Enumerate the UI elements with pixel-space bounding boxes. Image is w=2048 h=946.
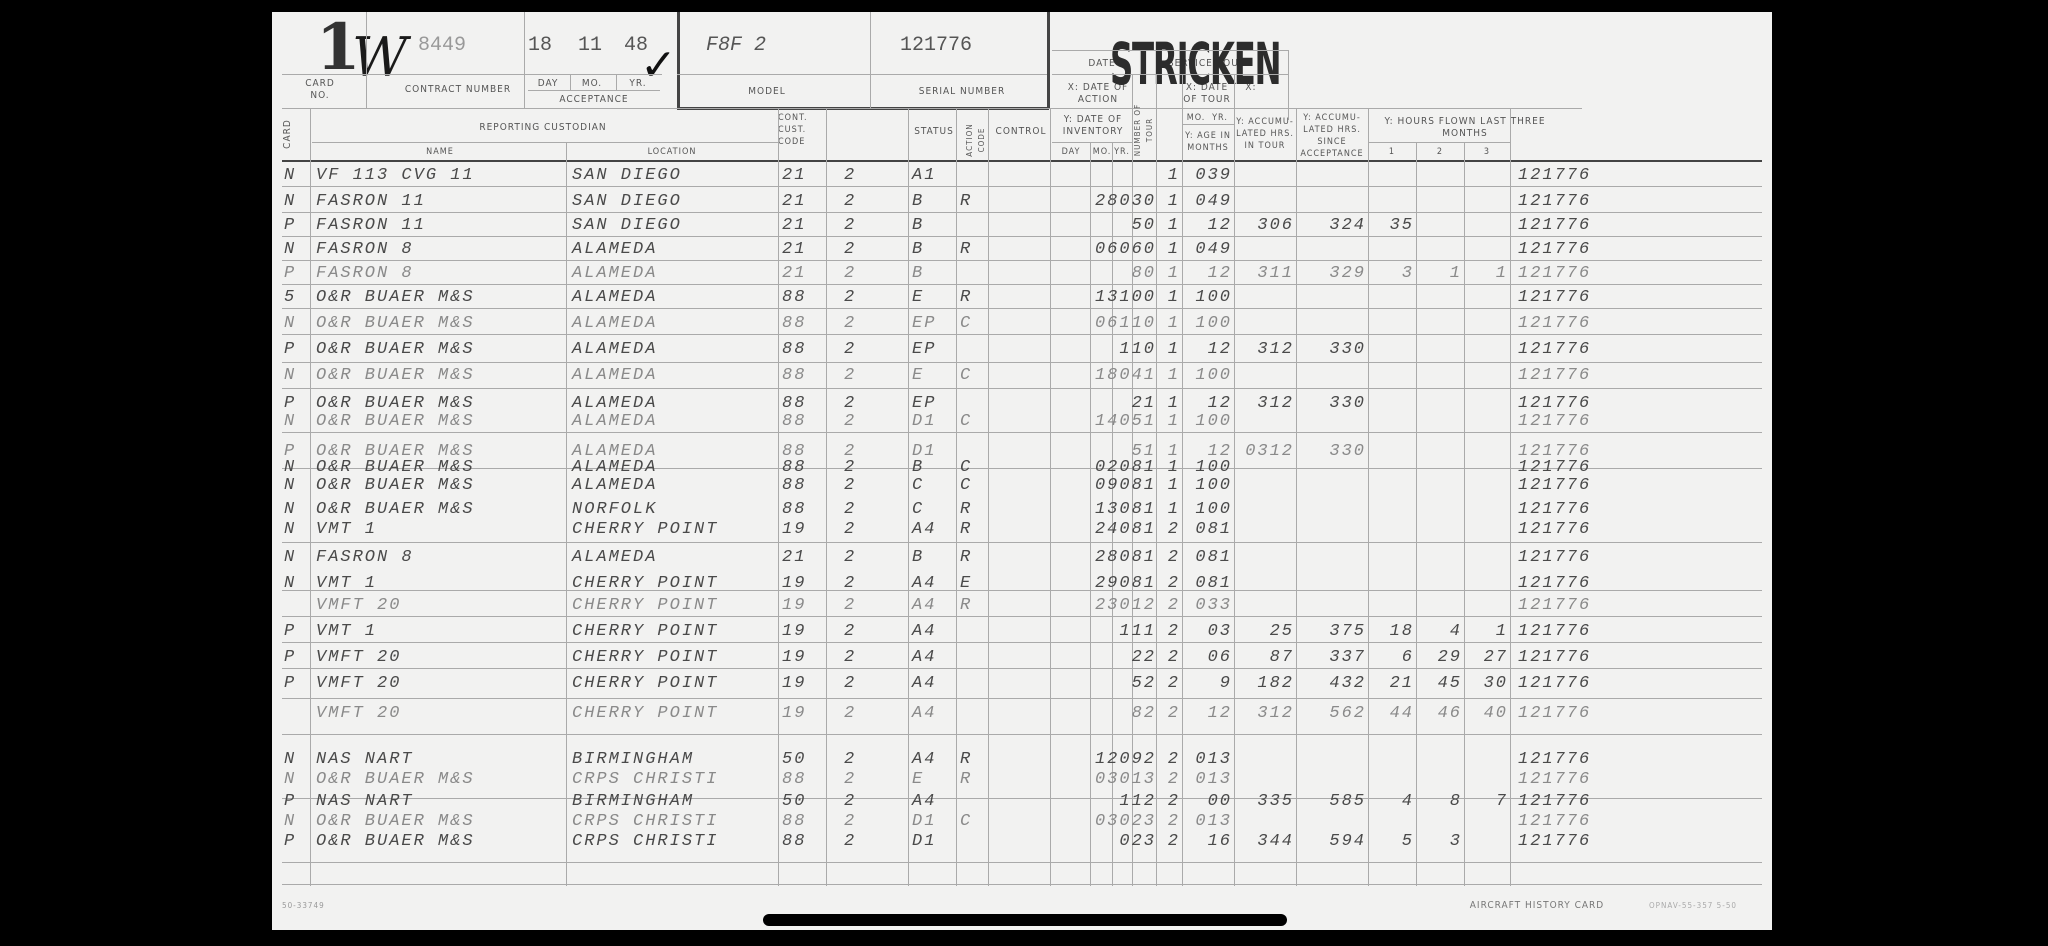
cell-status: D1	[912, 410, 956, 434]
model-label: MODEL	[672, 86, 862, 98]
cell-status: A4	[912, 672, 956, 696]
cell-date: 52	[1052, 672, 1156, 696]
card-title: AIRCRAFT HISTORY CARD	[1452, 900, 1622, 912]
cell-card: N	[284, 474, 306, 498]
cell-location: CRPS CHRISTI	[572, 830, 776, 854]
cell-serial: 121776	[1518, 474, 1638, 498]
cell-date: 14051	[1052, 410, 1156, 434]
cell-blank: 2	[844, 312, 884, 336]
cell-serial: 121776	[1518, 190, 1638, 214]
cell-status: D1	[912, 830, 956, 854]
table-row: NVMT 1CHERRY POINT192A4R240812081121776	[272, 518, 1772, 542]
cell-serial: 121776	[1518, 572, 1638, 596]
inv-day-label: DAY	[1052, 146, 1090, 158]
cell-status: E	[912, 768, 956, 792]
cell-status: A4	[912, 594, 956, 618]
cell-action: R	[960, 546, 988, 570]
cell-accum-tour: 312	[1234, 338, 1294, 362]
cell-name: O&R BUAER M&S	[316, 474, 566, 498]
cell-blank: 2	[844, 474, 884, 498]
cell-location: ALAMEDA	[572, 338, 776, 362]
location-label: LOCATION	[568, 146, 776, 158]
cell-serial: 121776	[1518, 702, 1638, 726]
cell-accum-acc: 337	[1296, 646, 1366, 670]
cell-name: VMT 1	[316, 572, 566, 596]
cell-status: EP	[912, 338, 956, 362]
cont-cust-code-label: CONT. CUST. CODE	[778, 112, 824, 148]
y-accum-tour-label: Y: ACCUMU- LATED HRS. IN TOUR	[1234, 116, 1296, 152]
cell-date: 23012	[1052, 594, 1156, 618]
cell-h2: 1	[1416, 262, 1462, 286]
cell-code: 88	[782, 474, 822, 498]
cell-code: 88	[782, 410, 822, 434]
cell-age: 9	[1182, 672, 1232, 696]
table-row: NFASRON 8ALAMEDA212BR280812081121776	[272, 546, 1772, 570]
cell-action: R	[960, 286, 988, 310]
cell-accum-tour: 311	[1234, 262, 1294, 286]
cell-status: E	[912, 286, 956, 310]
cell-tour: 1	[1158, 190, 1180, 214]
acceptance-label: ACCEPTANCE	[528, 94, 660, 106]
table-row: 5O&R BUAER M&SALAMEDA882ER13100110012177…	[272, 286, 1772, 310]
cell-serial: 121776	[1518, 410, 1638, 434]
cell-blank: 2	[844, 620, 884, 644]
cell-blank: 2	[844, 364, 884, 388]
cell-name: O&R BUAER M&S	[316, 410, 566, 434]
cell-name: VMFT 20	[316, 672, 566, 696]
cell-code: 19	[782, 646, 822, 670]
cell-date: 28081	[1052, 546, 1156, 570]
cell-serial: 121776	[1518, 164, 1638, 188]
cell-age: 081	[1182, 572, 1232, 596]
cell-blank: 2	[844, 286, 884, 310]
table-row: VMFT 20CHERRY POINT192A4R230122033121776	[272, 594, 1772, 618]
cell-blank: 2	[844, 594, 884, 618]
cell-location: CHERRY POINT	[572, 672, 776, 696]
cell-accum-acc: 324	[1296, 214, 1366, 238]
cell-serial: 121776	[1518, 672, 1638, 696]
cell-accum-tour: 312	[1234, 702, 1294, 726]
y-accum-since-acceptance-label: Y: ACCUMU- LATED HRS. SINCE ACCEPTANCE	[1296, 112, 1368, 160]
cell-location: ALAMEDA	[572, 286, 776, 310]
model-value: F8F 2	[706, 34, 766, 57]
card-no-label: CARD NO.	[302, 78, 338, 102]
cell-name: FASRON 8	[316, 238, 566, 262]
cell-location: ALAMEDA	[572, 410, 776, 434]
acceptance-mo-value: 11	[578, 34, 602, 57]
cell-accum-acc: 594	[1296, 830, 1366, 854]
cell-age: 081	[1182, 546, 1232, 570]
cell-tour: 1	[1158, 262, 1180, 286]
cell-card: N	[284, 164, 306, 188]
control-label: CONTROL	[990, 126, 1052, 138]
cell-serial: 121776	[1518, 364, 1638, 388]
cell-accum-tour: 344	[1234, 830, 1294, 854]
cell-age: 039	[1182, 164, 1232, 188]
cell-age: 013	[1182, 768, 1232, 792]
cell-date: 09081	[1052, 474, 1156, 498]
cell-blank: 2	[844, 238, 884, 262]
cell-date: 22	[1052, 646, 1156, 670]
cell-blank: 2	[844, 262, 884, 286]
cell-date: 80	[1052, 262, 1156, 286]
cell-name: VMFT 20	[316, 702, 566, 726]
cell-card: P	[284, 830, 306, 854]
cell-location: ALAMEDA	[572, 474, 776, 498]
cell-accum-acc: 375	[1296, 620, 1366, 644]
inv-yr-label: YR.	[1112, 146, 1132, 158]
cell-location: CHERRY POINT	[572, 702, 776, 726]
cell-blank: 2	[844, 164, 884, 188]
cell-date: 24081	[1052, 518, 1156, 542]
cell-serial: 121776	[1518, 594, 1638, 618]
cell-code: 21	[782, 262, 822, 286]
cell-name: VMFT 20	[316, 646, 566, 670]
cell-tour: 2	[1158, 546, 1180, 570]
cell-serial: 121776	[1518, 830, 1638, 854]
cell-action: C	[960, 364, 988, 388]
cell-age: 081	[1182, 518, 1232, 542]
cell-status: E	[912, 364, 956, 388]
cell-serial: 121776	[1518, 238, 1638, 262]
status-label: STATUS	[910, 126, 958, 138]
cell-code: 88	[782, 768, 822, 792]
cell-h2: 46	[1416, 702, 1462, 726]
name-label: NAME	[312, 146, 568, 158]
card-column-label: CARD	[282, 114, 294, 154]
inv-mo-label: MO.	[1090, 146, 1114, 158]
cell-serial: 121776	[1518, 312, 1638, 336]
cell-location: ALAMEDA	[572, 364, 776, 388]
serial-number-label: SERIAL NUMBER	[872, 86, 1052, 98]
cell-h1: 21	[1368, 672, 1414, 696]
table-row: NO&R BUAER M&SALAMEDA882CC09081110012177…	[272, 474, 1772, 498]
cell-card: N	[284, 768, 306, 792]
cell-location: SAN DIEGO	[572, 214, 776, 238]
cell-date: 13100	[1052, 286, 1156, 310]
cell-age: 12	[1182, 214, 1232, 238]
cell-serial: 121776	[1518, 286, 1638, 310]
cell-status: B	[912, 190, 956, 214]
cell-code: 19	[782, 594, 822, 618]
cell-action: C	[960, 474, 988, 498]
cell-blank: 2	[844, 410, 884, 434]
cell-blank: 2	[844, 672, 884, 696]
cell-name: O&R BUAER M&S	[316, 286, 566, 310]
cell-tour: 2	[1158, 572, 1180, 596]
table-row: PO&R BUAER M&SCRPS CHRISTI882D1023216344…	[272, 830, 1772, 854]
cell-name: O&R BUAER M&S	[316, 768, 566, 792]
cell-blank: 2	[844, 546, 884, 570]
cell-h2: 3	[1416, 830, 1462, 854]
cell-serial: 121776	[1518, 338, 1638, 362]
cell-card: P	[284, 646, 306, 670]
form-id: 50-33749	[282, 900, 342, 912]
cell-age: 100	[1182, 286, 1232, 310]
cell-tour: 2	[1158, 646, 1180, 670]
cell-tour: 1	[1158, 474, 1180, 498]
cell-accum-acc: 329	[1296, 262, 1366, 286]
home-indicator[interactable]	[763, 914, 1287, 926]
cell-age: 100	[1182, 364, 1232, 388]
cell-tour: 1	[1158, 312, 1180, 336]
cell-code: 88	[782, 312, 822, 336]
cell-date: 82	[1052, 702, 1156, 726]
cell-status: C	[912, 474, 956, 498]
aircraft-history-card: 1 W 8449 18 11 48 ✓ F8F 2 121776 CARD NO…	[272, 12, 1772, 930]
cell-blank: 2	[844, 830, 884, 854]
cell-location: ALAMEDA	[572, 262, 776, 286]
table-row: NFASRON 8ALAMEDA212BR060601049121776	[272, 238, 1772, 262]
cell-date: 110	[1052, 338, 1156, 362]
serial-number-value: 121776	[900, 34, 972, 57]
stricken-stamp: STRICKEN	[1110, 30, 1280, 98]
cell-location: ALAMEDA	[572, 546, 776, 570]
cell-card: P	[284, 214, 306, 238]
cell-code: 21	[782, 190, 822, 214]
cell-blank: 2	[844, 518, 884, 542]
cell-h1: 44	[1368, 702, 1414, 726]
cell-location: CHERRY POINT	[572, 518, 776, 542]
cell-status: A4	[912, 646, 956, 670]
cell-action: C	[960, 410, 988, 434]
cell-serial: 121776	[1518, 768, 1638, 792]
cell-age: 100	[1182, 410, 1232, 434]
cell-age: 03	[1182, 620, 1232, 644]
cell-h1: 35	[1368, 214, 1414, 238]
cell-code: 88	[782, 338, 822, 362]
cell-age: 100	[1182, 474, 1232, 498]
cell-code: 21	[782, 238, 822, 262]
cell-name: O&R BUAER M&S	[316, 312, 566, 336]
table-row: PVMT 1CHERRY POINT192A411120325375184112…	[272, 620, 1772, 644]
cell-h1: 18	[1368, 620, 1414, 644]
cell-age: 06	[1182, 646, 1232, 670]
cell-name: VMT 1	[316, 518, 566, 542]
cell-age: 100	[1182, 312, 1232, 336]
cell-blank: 2	[844, 768, 884, 792]
cell-action: R	[960, 518, 988, 542]
cell-code: 21	[782, 164, 822, 188]
cell-location: CHERRY POINT	[572, 620, 776, 644]
y-age-in-months-label: Y: AGE IN MONTHS	[1182, 130, 1234, 154]
cell-tour: 2	[1158, 672, 1180, 696]
cell-age: 16	[1182, 830, 1232, 854]
cell-accum-tour: 25	[1234, 620, 1294, 644]
handwritten-initial: W	[352, 26, 408, 89]
cell-date: 28030	[1052, 190, 1156, 214]
cell-date: 03013	[1052, 768, 1156, 792]
month-3-label: 3	[1464, 146, 1510, 158]
cell-tour: 2	[1158, 830, 1180, 854]
cell-blank: 2	[844, 646, 884, 670]
cell-tour: 1	[1158, 410, 1180, 434]
cell-location: SAN DIEGO	[572, 164, 776, 188]
cell-status: B	[912, 546, 956, 570]
cell-status: A1	[912, 164, 956, 188]
cell-h1: 5	[1368, 830, 1414, 854]
cell-code: 88	[782, 830, 822, 854]
day-label: DAY	[528, 78, 568, 90]
cell-status: A4	[912, 620, 956, 644]
cell-action: R	[960, 238, 988, 262]
cell-blank: 2	[844, 214, 884, 238]
cell-date: 29081	[1052, 572, 1156, 596]
cell-serial: 121776	[1518, 546, 1638, 570]
table-row: PVMFT 20CHERRY POINT192A4222068733762927…	[272, 646, 1772, 670]
cell-accum-acc: 562	[1296, 702, 1366, 726]
cell-name: O&R BUAER M&S	[316, 830, 566, 854]
cell-code: 19	[782, 672, 822, 696]
contract-number-label: CONTRACT NUMBER	[368, 84, 548, 96]
cell-tour: 1	[1158, 364, 1180, 388]
number-of-tour-label: NUMBER OF TOUR	[1132, 100, 1156, 160]
mo-label: MO.	[572, 78, 612, 90]
cell-code: 19	[782, 518, 822, 542]
cell-serial: 121776	[1518, 214, 1638, 238]
cell-card: N	[284, 546, 306, 570]
cell-blank: 2	[844, 338, 884, 362]
cell-action: R	[960, 768, 988, 792]
y-date-of-inventory-label: Y: DATE OF INVENTORY	[1054, 114, 1132, 138]
cell-date: 111	[1052, 620, 1156, 644]
cell-tour: 2	[1158, 702, 1180, 726]
cell-age: 12	[1182, 338, 1232, 362]
cell-location: CHERRY POINT	[572, 594, 776, 618]
cell-date: 18041	[1052, 364, 1156, 388]
table-row: VMFT 20CHERRY POINT192A48221231256244464…	[272, 702, 1772, 726]
cell-tour: 1	[1158, 214, 1180, 238]
y-hours-flown-label: Y: HOURS FLOWN LAST THREE MONTHS	[1380, 116, 1550, 140]
cell-age: 12	[1182, 702, 1232, 726]
table-row: PVMFT 20CHERRY POINT192A4522918243221453…	[272, 672, 1772, 696]
cell-location: CRPS CHRISTI	[572, 768, 776, 792]
cell-h3: 1	[1464, 262, 1508, 286]
cell-h2: 4	[1416, 620, 1462, 644]
cell-code: 19	[782, 572, 822, 596]
table-row: NO&R BUAER M&SALAMEDA882D1C1405111001217…	[272, 410, 1772, 434]
cell-card: N	[284, 190, 306, 214]
cell-h3: 1	[1464, 620, 1508, 644]
cell-location: ALAMEDA	[572, 312, 776, 336]
cell-serial: 121776	[1518, 620, 1638, 644]
cell-tour: 1	[1158, 286, 1180, 310]
tour-yr-label: YR.	[1208, 112, 1232, 124]
table-row: NO&R BUAER M&SCRPS CHRISTI882ER030132013…	[272, 768, 1772, 792]
cell-action: R	[960, 190, 988, 214]
cell-tour: 2	[1158, 594, 1180, 618]
cell-name: VMT 1	[316, 620, 566, 644]
cell-age: 049	[1182, 238, 1232, 262]
cell-status: B	[912, 262, 956, 286]
table-row: NVMT 1CHERRY POINT192A4E290812081121776	[272, 572, 1772, 596]
form-code: OPNAV-55-357 5-50	[1628, 900, 1758, 912]
cell-h1: 3	[1368, 262, 1414, 286]
cell-code: 21	[782, 214, 822, 238]
table-row: NO&R BUAER M&SALAMEDA882EPC0611011001217…	[272, 312, 1772, 336]
cell-accum-acc: 330	[1296, 338, 1366, 362]
cell-status: A4	[912, 518, 956, 542]
cell-action: R	[960, 594, 988, 618]
cell-serial: 121776	[1518, 518, 1638, 542]
cell-status: B	[912, 238, 956, 262]
cell-tour: 2	[1158, 518, 1180, 542]
cell-status: A4	[912, 572, 956, 596]
acceptance-day-value: 18	[528, 34, 552, 57]
cell-tour: 2	[1158, 768, 1180, 792]
yr-label: YR.	[618, 78, 658, 90]
table-row: NFASRON 11SAN DIEGO212BR280301049121776	[272, 190, 1772, 214]
cell-tour: 2	[1158, 620, 1180, 644]
cell-status: A4	[912, 702, 956, 726]
cell-date: 06060	[1052, 238, 1156, 262]
cell-card: N	[284, 238, 306, 262]
cell-card: 5	[284, 286, 306, 310]
cell-name: FASRON 8	[316, 546, 566, 570]
cell-action: C	[960, 312, 988, 336]
cell-blank: 2	[844, 702, 884, 726]
cell-h3: 27	[1464, 646, 1508, 670]
cell-h2: 45	[1416, 672, 1462, 696]
cell-code: 88	[782, 364, 822, 388]
cell-card: N	[284, 572, 306, 596]
cell-accum-tour: 182	[1234, 672, 1294, 696]
cell-card: P	[284, 620, 306, 644]
cell-h3: 30	[1464, 672, 1508, 696]
table-row: PFASRON 8ALAMEDA212B80112311329311121776	[272, 262, 1772, 286]
cell-serial: 121776	[1518, 262, 1638, 286]
cell-card: N	[284, 312, 306, 336]
cell-code: 88	[782, 286, 822, 310]
cell-card: P	[284, 672, 306, 696]
cell-age: 12	[1182, 262, 1232, 286]
cell-name: VF 113 CVG 11	[316, 164, 566, 188]
reporting-custodian-label: REPORTING CUSTODIAN	[312, 122, 774, 134]
cell-card: N	[284, 518, 306, 542]
cell-location: CHERRY POINT	[572, 646, 776, 670]
cell-location: ALAMEDA	[572, 238, 776, 262]
cell-accum-tour: 306	[1234, 214, 1294, 238]
table-row: PO&R BUAER M&SALAMEDA882EP11011231233012…	[272, 338, 1772, 362]
cell-blank: 2	[844, 190, 884, 214]
cell-name: FASRON 8	[316, 262, 566, 286]
table-row: PFASRON 11SAN DIEGO212B50112306324351217…	[272, 214, 1772, 238]
tour-mo-label: MO.	[1184, 112, 1208, 124]
cell-age: 033	[1182, 594, 1232, 618]
cell-h3: 40	[1464, 702, 1508, 726]
month-1-label: 1	[1368, 146, 1416, 158]
cell-serial: 121776	[1518, 646, 1638, 670]
cell-date: 50	[1052, 214, 1156, 238]
cell-action: E	[960, 572, 988, 596]
cell-h2: 29	[1416, 646, 1462, 670]
cell-code: 21	[782, 546, 822, 570]
table-row: NO&R BUAER M&SALAMEDA882EC18041110012177…	[272, 364, 1772, 388]
cell-date: 023	[1052, 830, 1156, 854]
cell-name: O&R BUAER M&S	[316, 338, 566, 362]
cell-age: 049	[1182, 190, 1232, 214]
cell-tour: 1	[1158, 338, 1180, 362]
cell-card: P	[284, 262, 306, 286]
cell-name: VMFT 20	[316, 594, 566, 618]
cell-date: 06110	[1052, 312, 1156, 336]
cell-location: CHERRY POINT	[572, 572, 776, 596]
cell-code: 19	[782, 702, 822, 726]
cell-blank: 2	[844, 572, 884, 596]
cell-accum-tour: 87	[1234, 646, 1294, 670]
cell-status: B	[912, 214, 956, 238]
cell-card: P	[284, 338, 306, 362]
